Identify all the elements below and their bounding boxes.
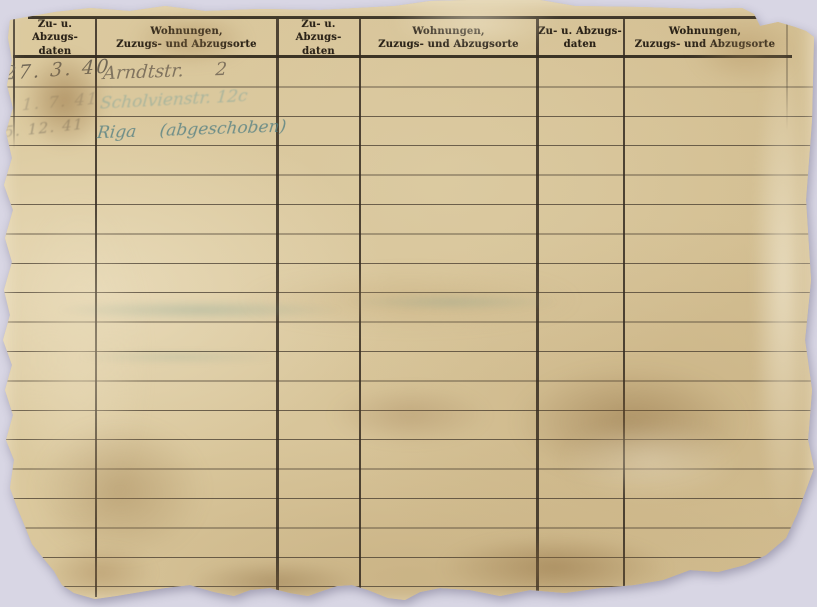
column-header-dates-2: Zu- u. Abzugs- daten [278, 21, 359, 55]
header-line: Zu- u. Abzugs- [538, 25, 622, 38]
table-right-border [786, 19, 788, 131]
header-line: Wohnungen, [669, 25, 741, 38]
header-line: Zuzugs- und Abzugsorte [378, 38, 518, 51]
column-header-places-3: Wohnungen, Zuzugs- und Abzugsorte [624, 21, 786, 55]
column-header-places-1: Wohnungen, Zuzugs- und Abzugsorte [97, 21, 276, 55]
header-line: Zuzugs- und Abzugsorte [116, 38, 256, 51]
header-line: Zu- u. Abzugs- [15, 18, 95, 44]
column-header-dates-1: Zu- u. Abzugs- daten [15, 21, 95, 55]
scan-background: Zu- u. Abzugs- daten Wohnungen, Zuzugs- … [0, 0, 817, 607]
registration-card: Zu- u. Abzugs- daten Wohnungen, Zuzugs- … [0, 0, 817, 607]
table-top-rule [28, 16, 759, 19]
header-line: daten [564, 38, 597, 51]
column-divider-4 [536, 19, 539, 597]
header-line: Wohnungen, [412, 25, 484, 38]
header-line: daten [39, 45, 72, 58]
header-line: daten [302, 45, 335, 58]
column-header-places-2: Wohnungen, Zuzugs- und Abzugsorte [361, 21, 536, 55]
entry-1-place: Arndtstr. 2 [102, 59, 227, 84]
header-line: Wohnungen, [150, 25, 222, 38]
header-bottom-rule [13, 55, 792, 58]
column-divider-3 [359, 19, 361, 597]
column-divider-2 [276, 19, 279, 597]
column-divider-5 [623, 19, 625, 597]
column-header-dates-3: Zu- u. Abzugs- daten [538, 21, 622, 55]
header-line: Zuzugs- und Abzugsorte [635, 38, 775, 51]
header-line: Zu- u. Abzugs- [278, 18, 359, 44]
